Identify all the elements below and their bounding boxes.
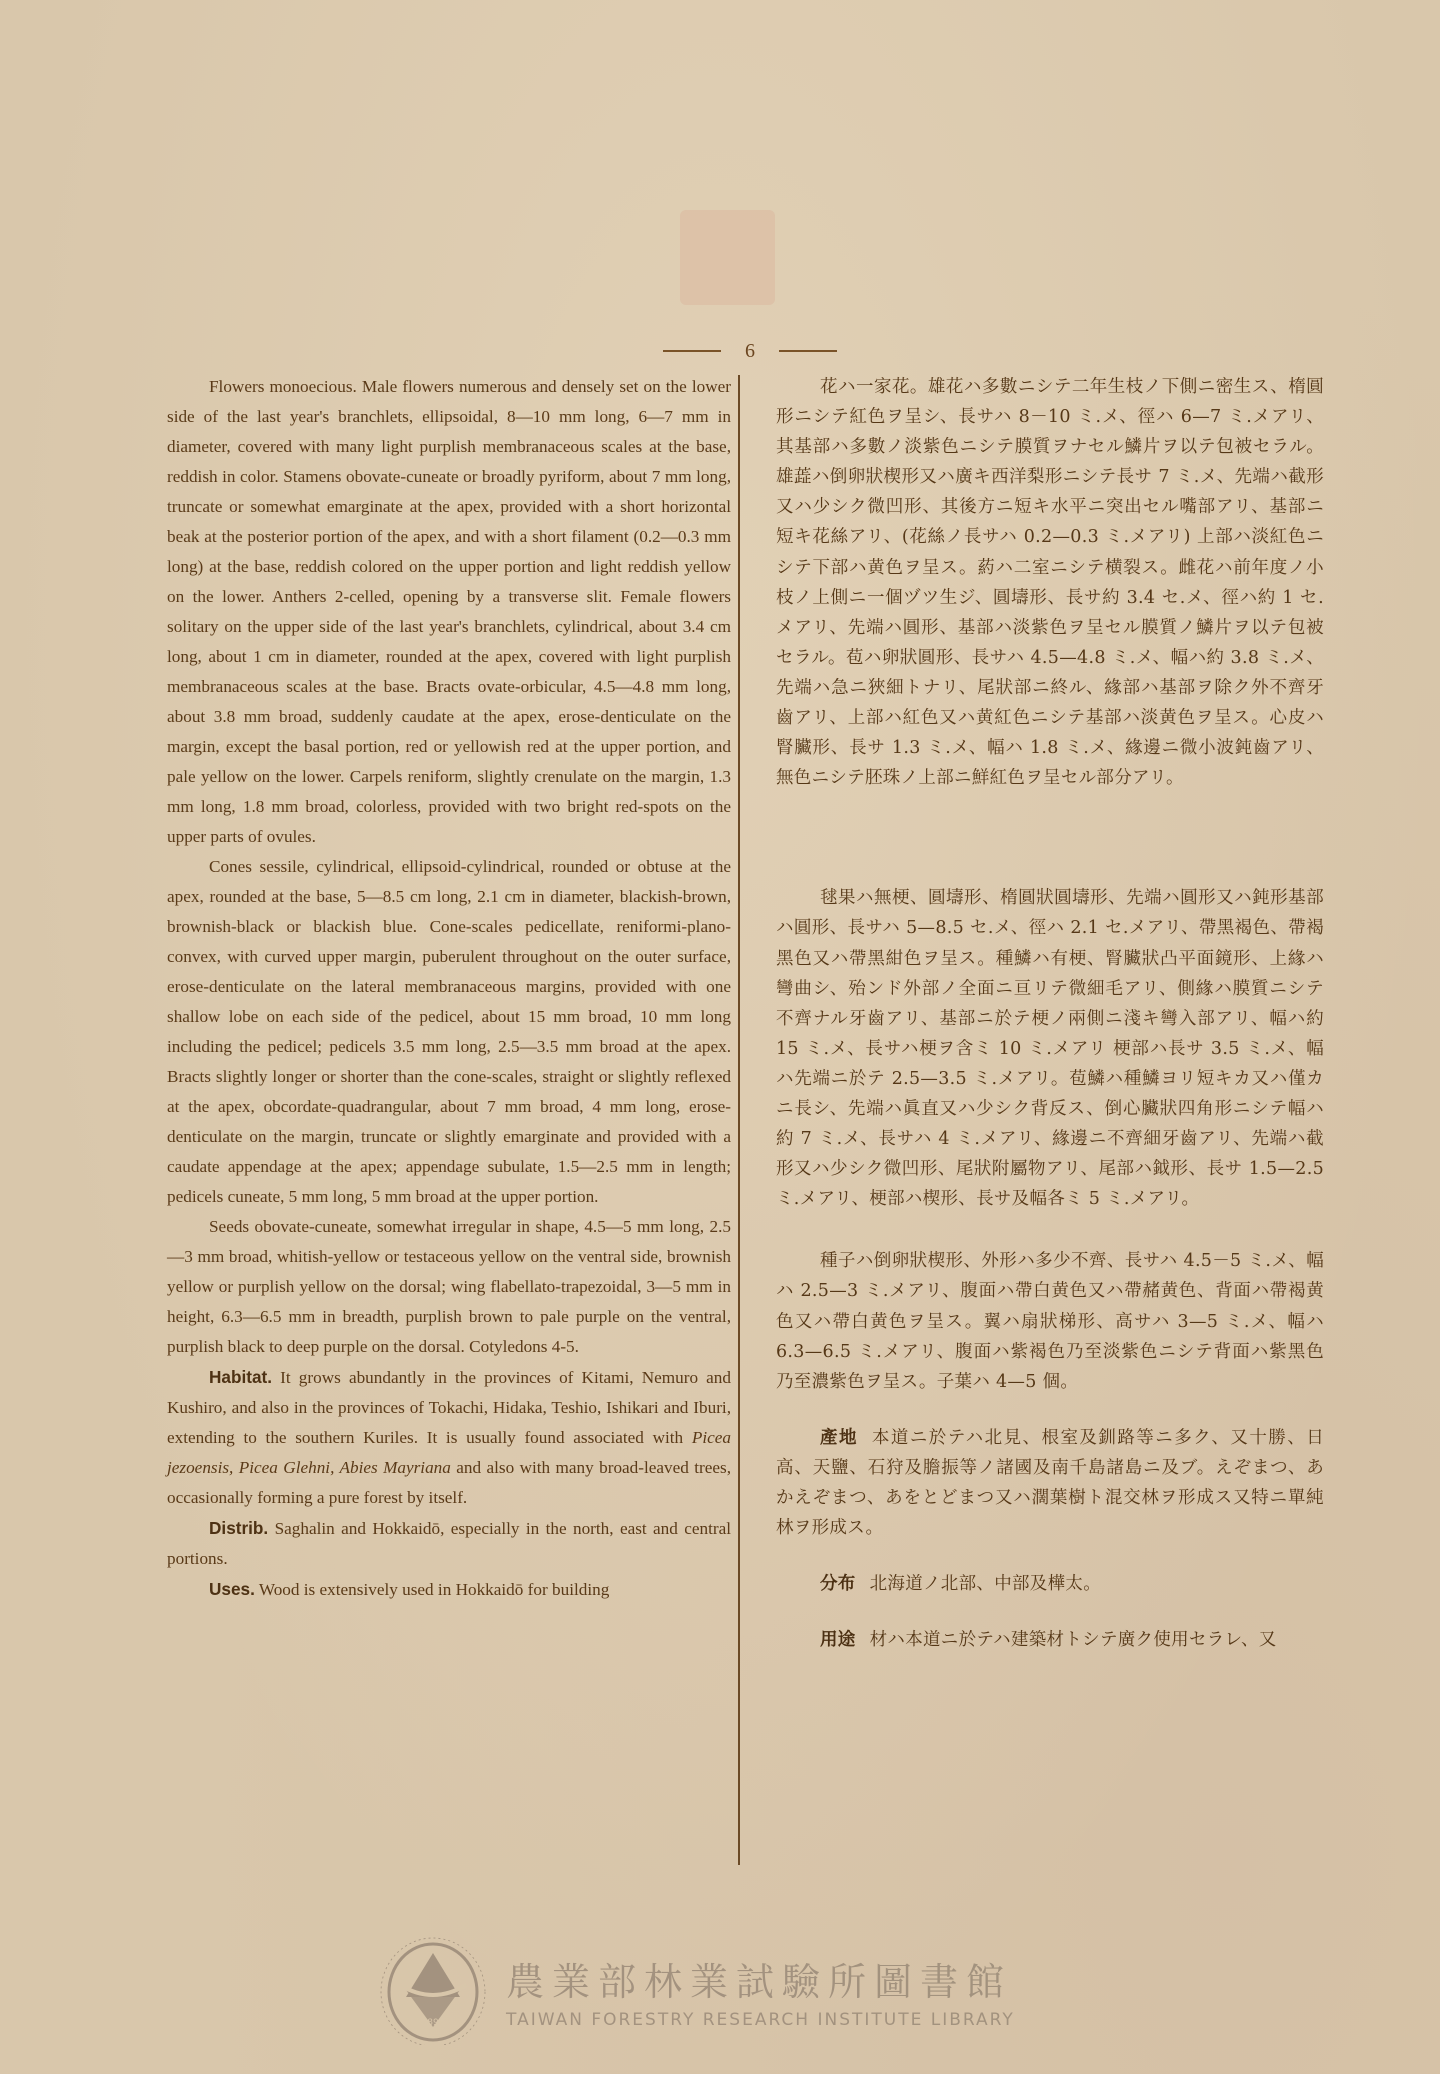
distrib-label: Distrib. <box>209 1518 268 1538</box>
uses-label: Uses. <box>209 1579 255 1599</box>
jp-distrib-label: 分布 <box>820 1574 856 1594</box>
paragraph-flowers: Flowers monoecious. Male flowers numerou… <box>167 372 731 852</box>
jp-paragraph-seeds: 種子ハ倒卵狀楔形、外形ハ多少不齊、長サハ 4.5－5 ミ.メ、幅ハ 2.5—3 … <box>776 1246 1324 1396</box>
library-name-en: TAIWAN FORESTRY RESEARCH INSTITUTE LIBRA… <box>506 2010 1015 2030</box>
paragraph-seeds: Seeds obovate-cuneate, somewhat irregula… <box>167 1212 731 1362</box>
library-stamp-bleedthrough <box>680 210 775 305</box>
page-header: 6 <box>660 336 840 366</box>
jp-paragraph-cones: 毬果ハ無梗、圓壔形、楕圓狀圓壔形、先端ハ圓形又ハ鈍形基部ハ圓形、長サハ 5—8.… <box>776 883 1324 1214</box>
paragraph-cones: Cones sessile, cylindrical, ellipsoid-cy… <box>167 852 731 1212</box>
watermark-text: 農業部林業試驗所圖書館 TAIWAN FORESTRY RESEARCH INS… <box>506 1951 1015 2030</box>
column-divider <box>738 375 740 1865</box>
english-column: Flowers monoecious. Male flowers numerou… <box>167 372 731 1605</box>
habitat-label: Habitat. <box>209 1367 272 1387</box>
jp-paragraph-distribution: 分布北海道ノ北部、中部及樺太。 <box>776 1569 1324 1599</box>
japanese-column: 花ハ一家花。雄花ハ多數ニシテ二年生枝ノ下側ニ密生ス、楕圓形ニシテ紅色ヲ呈シ、長サ… <box>776 372 1324 1655</box>
library-name-zh: 農業部林業試驗所圖書館 <box>506 1951 1015 2006</box>
institute-logo-icon: 1896 <box>378 1935 488 2045</box>
jp-paragraph-uses: 用途材ハ本道ニ於テハ建築材トシテ廣ク使用セラレ、又 <box>776 1625 1324 1655</box>
paragraph-distribution: Distrib. Saghalin and Hokkaidō, especial… <box>167 1513 731 1574</box>
header-rule-left <box>663 350 721 352</box>
jp-paragraph-habitat: 產地本道ニ於テハ北見、根室及釧路等ニ多ク、又十勝、日高、天鹽、石狩及膽振等ノ諸國… <box>776 1423 1324 1543</box>
header-rule-right <box>779 350 837 352</box>
svg-text:1896: 1896 <box>422 2018 445 2028</box>
jp-habitat-label: 產地 <box>820 1428 858 1448</box>
paragraph-habitat: Habitat. It grows abundantly in the prov… <box>167 1362 731 1513</box>
page-number: 6 <box>745 340 755 363</box>
library-watermark: 1896 農業部林業試驗所圖書館 TAIWAN FORESTRY RESEARC… <box>378 1930 1078 2050</box>
jp-uses-label: 用途 <box>820 1630 856 1650</box>
paragraph-uses: Uses. Wood is extensively used in Hokkai… <box>167 1574 731 1605</box>
jp-paragraph-flowers: 花ハ一家花。雄花ハ多數ニシテ二年生枝ノ下側ニ密生ス、楕圓形ニシテ紅色ヲ呈シ、長サ… <box>776 372 1324 793</box>
